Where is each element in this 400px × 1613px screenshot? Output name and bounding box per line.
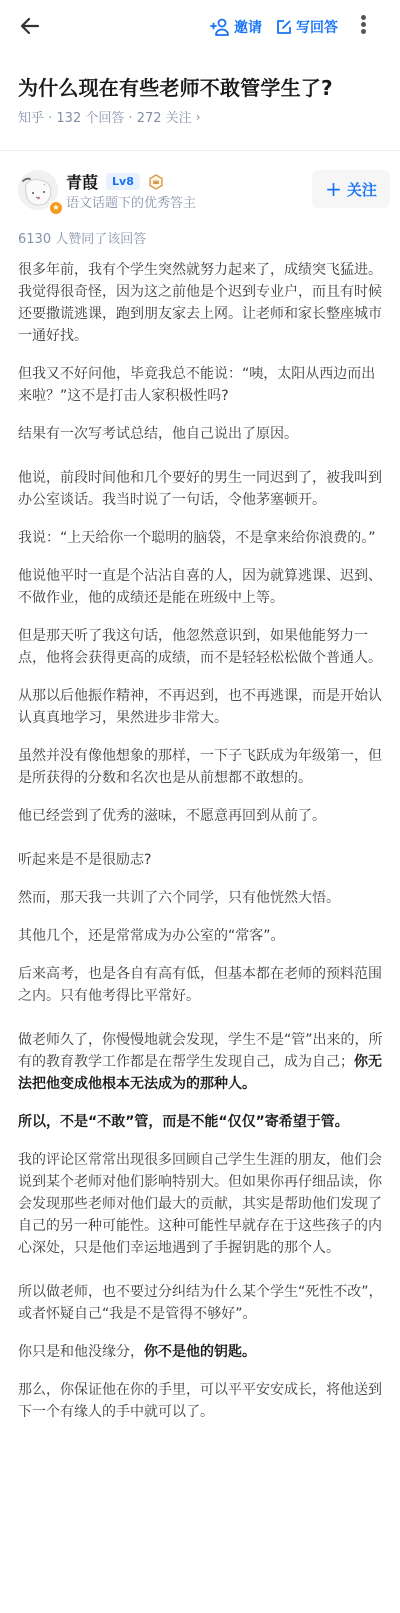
level-badge: Lv8 <box>106 173 140 190</box>
write-answer-label: 写回答 <box>296 17 338 37</box>
paragraph: 然而，那天我一共训了六个同学，只有他恍然大悟。 <box>18 887 384 909</box>
question-meta-text: 知乎 · 132 个回答 · 272 关注 <box>18 107 192 126</box>
paragraph: 听起来是不是很励志? <box>18 849 384 871</box>
crown-hex-icon <box>148 174 164 190</box>
write-answer-button[interactable]: 写回答 <box>276 16 338 38</box>
paragraph: 他已经尝到了优秀的滋味，不愿意再回到从前了。 <box>18 805 384 827</box>
paragraph: 他说他平时一直是个沾沾自喜的人，因为就算逃课、迟到、不做作业，他的成绩还是能在班… <box>18 565 384 609</box>
author-name-row: 青葭 Lv8 <box>66 170 164 193</box>
chevron-right-icon: › <box>196 110 201 124</box>
paragraph: 从那以后他振作精神，不再迟到，也不再逃课，而是开始认认真真地学习，果然进步非常大… <box>18 685 384 729</box>
avatar[interactable]: ★ <box>18 170 58 210</box>
arrow-left-icon <box>18 14 42 38</box>
paragraph: 但我又不好问他，毕竟我总不能说：“咦，太阳从西边而出来啦？”这不是打击人家积极性… <box>18 363 384 407</box>
author-bio: 语文话题下的优秀答主 <box>66 192 196 211</box>
paragraph: 他说，前段时间他和几个要好的男生一同迟到了，被我叫到办公室谈话。我当时说了一句话… <box>18 467 384 511</box>
author-name[interactable]: 青葭 <box>66 170 98 193</box>
invite-label: 邀请 <box>234 17 262 37</box>
invite-button[interactable]: 邀请 <box>210 16 262 38</box>
more-vertical-icon <box>358 15 368 34</box>
answer-content: 很多年前，我有个学生突然就努力起来了，成绩突飞猛进。我觉得很奇怪，因为这之前他是… <box>18 259 384 1439</box>
paragraph: 结果有一次写考试总结，他自己说出了原因。 <box>18 423 384 445</box>
paragraph: 但是那天听了我这句话，他忽然意识到，如果他能努力一点，他将会获得更高的成绩，而不… <box>18 625 384 669</box>
add-user-icon <box>210 18 230 36</box>
edit-icon <box>276 19 292 35</box>
paragraph: 后来高考，也是各自有高有低，但基本都在老师的预料范围之内。只有他考得比平常好。 <box>18 963 384 1007</box>
paragraph: 所以，不是“不敢”管，而是不能“仅仅”寄希望于管。 <box>18 1111 384 1133</box>
paragraph: 做老师久了，你慢慢地就会发现，学生不是“管”出来的，所有的教育教学工作都是在帮学… <box>18 1029 384 1095</box>
follow-button[interactable]: + 关注 <box>312 170 390 208</box>
question-title[interactable]: 为什么现在有些老师不敢管学生了? <box>18 72 333 101</box>
paragraph: 其他几个，还是常常成为办公室的“常客”。 <box>18 925 384 947</box>
plus-icon: + <box>325 179 342 199</box>
paragraph: 我的评论区常常出现很多回顾自己学生生涯的朋友，他们会说到某个老师对他们影响特别大… <box>18 1149 384 1259</box>
paragraph: 很多年前，我有个学生突然就努力起来了，成绩突飞猛进。我觉得很奇怪，因为这之前他是… <box>18 259 384 347</box>
paragraph: 你只是和他没缘分，你不是他的钥匙。 <box>18 1341 384 1363</box>
upvote-count: 6130 人赞同了该回答 <box>18 228 146 247</box>
divider <box>0 150 400 151</box>
author-card: ★ 青葭 Lv8 语文话题下的优秀答主 + 关注 <box>18 170 382 220</box>
back-button[interactable] <box>18 14 44 38</box>
question-meta[interactable]: 知乎 · 132 个回答 · 272 关注 › <box>18 107 201 126</box>
paragraph: 我说：“上天给你一个聪明的脑袋，不是拿来给你浪费的。” <box>18 527 384 549</box>
star-badge-icon: ★ <box>48 200 64 216</box>
paragraph: 那么，你保证他在你的手里，可以平平安安成长，将他送到下一个有缘人的手中就可以了。 <box>18 1379 384 1423</box>
paragraph: 所以做老师，也不要过分纠结为什么某个学生“死性不改”，或者怀疑自己“我是不是管得… <box>18 1281 384 1325</box>
paragraph: 虽然并没有像他想象的那样，一下子飞跃成为年级第一，但是所获得的分数和名次也是从前… <box>18 745 384 789</box>
follow-label: 关注 <box>347 179 377 200</box>
top-bar: 邀请 写回答 <box>0 0 400 52</box>
more-button[interactable] <box>358 15 368 37</box>
